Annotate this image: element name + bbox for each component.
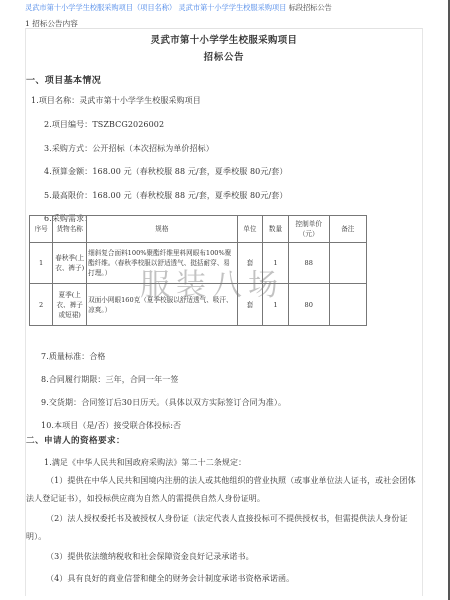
breadcrumb-project-link[interactable]: 灵武市第十小学学生校服采购项目 <box>25 3 133 12</box>
header-name: 货物名称 <box>53 216 87 243</box>
requirements-table: 序号 货物名称 规格 单位 数量 控制单价（元） 备注 1 春秋季(上衣、裤子)… <box>29 215 367 326</box>
qualification-clause-2: （2）法人授权委托书及被授权人身份证（法定代表人直接投标可不提供授权书，但需提供… <box>26 510 421 546</box>
header-price: 控制单价（元） <box>288 216 329 243</box>
cell-qty: 1 <box>263 284 289 326</box>
qualification-intro: 1.满足《中华人民共和国政府采购法》第二十二条规定： <box>44 457 246 468</box>
breadcrumb-project-label[interactable]: （项目名称） <box>133 3 176 12</box>
cell-price: 80 <box>288 284 329 326</box>
cell-note <box>329 243 366 284</box>
header-qty: 数量 <box>263 216 289 243</box>
cell-unit: 套 <box>237 284 263 326</box>
document-title: 灵武市第十小学学生校服采购项目 <box>26 32 422 46</box>
cell-spec: 细斜复合面料100%聚酯纤维里料网眼布100%聚酯纤维。（春秋季校服以舒适透气、… <box>87 243 237 284</box>
qualification-clause-1: （1）提供在中华人民共和国境内注册的法人或其他组织的营业执照（或事业单位法人证书… <box>26 472 421 508</box>
table-header-row: 序号 货物名称 规格 单位 数量 控制单价（元） 备注 <box>30 216 367 243</box>
document-subtitle: 招标公告 <box>26 49 422 63</box>
item-project-name: 1.项目名称：灵武市第十小学学生校服采购项目 <box>31 95 201 106</box>
document-panel: 灵武市第十小学学生校服采购项目 招标公告 一、项目基本情况 1.项目名称：灵武市… <box>25 28 423 596</box>
item-quality: 7.质量标准：合格 <box>41 351 106 362</box>
item-delivery: 9.交货期：合同签订后30日历天。（具体以双方实际签订合同为准）。 <box>41 397 286 408</box>
section-heading-basic-info: 一、项目基本情况 <box>26 73 101 86</box>
cell-unit: 套 <box>237 243 263 284</box>
qualification-clause-4: （4）具有良好的商业信誉和健全的财务会计制度承诺书资格承诺函。 <box>46 573 294 584</box>
cell-name: 夏季(上衣、裤子或短裙) <box>53 284 87 326</box>
breadcrumb-suffix: 标段招标公告 <box>289 3 332 12</box>
table-row: 1 春秋季(上衣、裤子) 细斜复合面料100%聚酯纤维里料网眼布100%聚酯纤维… <box>30 243 367 284</box>
item-procurement-method: 3.采购方式：公开招标（本次招标为单价招标） <box>44 143 214 154</box>
section-heading-qualifications: 二、申请人的资格要求： <box>26 434 125 446</box>
header-spec: 规格 <box>87 216 237 243</box>
table-row: 2 夏季(上衣、裤子或短裙) 双面小网眼160克（夏季校服以舒适透气、吸汗、凉爽… <box>30 284 367 326</box>
cell-spec: 双面小网眼160克（夏季校服以舒适透气、吸汗、凉爽。） <box>87 284 237 326</box>
item-project-number: 2.项目编号：TSZBCG2026002 <box>44 119 164 130</box>
header-unit: 单位 <box>237 216 263 243</box>
breadcrumb-section-link[interactable]: 灵武市第十小学学生校服采购项目 <box>178 3 286 12</box>
breadcrumb: 灵武市第十小学学生校服采购项目（项目名称） 灵武市第十小学学生校服采购项目 标段… <box>25 3 332 13</box>
cell-no: 1 <box>30 243 53 284</box>
qualification-clause-3: （3）提供依法缴纳税收和社会保障资金良好记录承诺书。 <box>46 551 254 562</box>
cell-no: 2 <box>30 284 53 326</box>
header-no: 序号 <box>30 216 53 243</box>
item-budget: 4.预算金额：168.00 元（春秋校服 88 元/套，夏季校服 80元/套） <box>44 166 287 177</box>
header-note: 备注 <box>329 216 366 243</box>
cell-note <box>329 284 366 326</box>
item-max-price: 5.最高限价：168.00 元（春秋校服 88 元/套，夏季校服 80元/套） <box>44 190 287 201</box>
cell-name: 春秋季(上衣、裤子) <box>53 243 87 284</box>
item-contract-term: 8.合同履行期限：三年，合同一年一签 <box>41 374 178 385</box>
cell-price: 88 <box>288 243 329 284</box>
item-consortium: 10.本项目（是/否）接受联合体投标:否 <box>41 420 181 431</box>
cell-qty: 1 <box>263 243 289 284</box>
